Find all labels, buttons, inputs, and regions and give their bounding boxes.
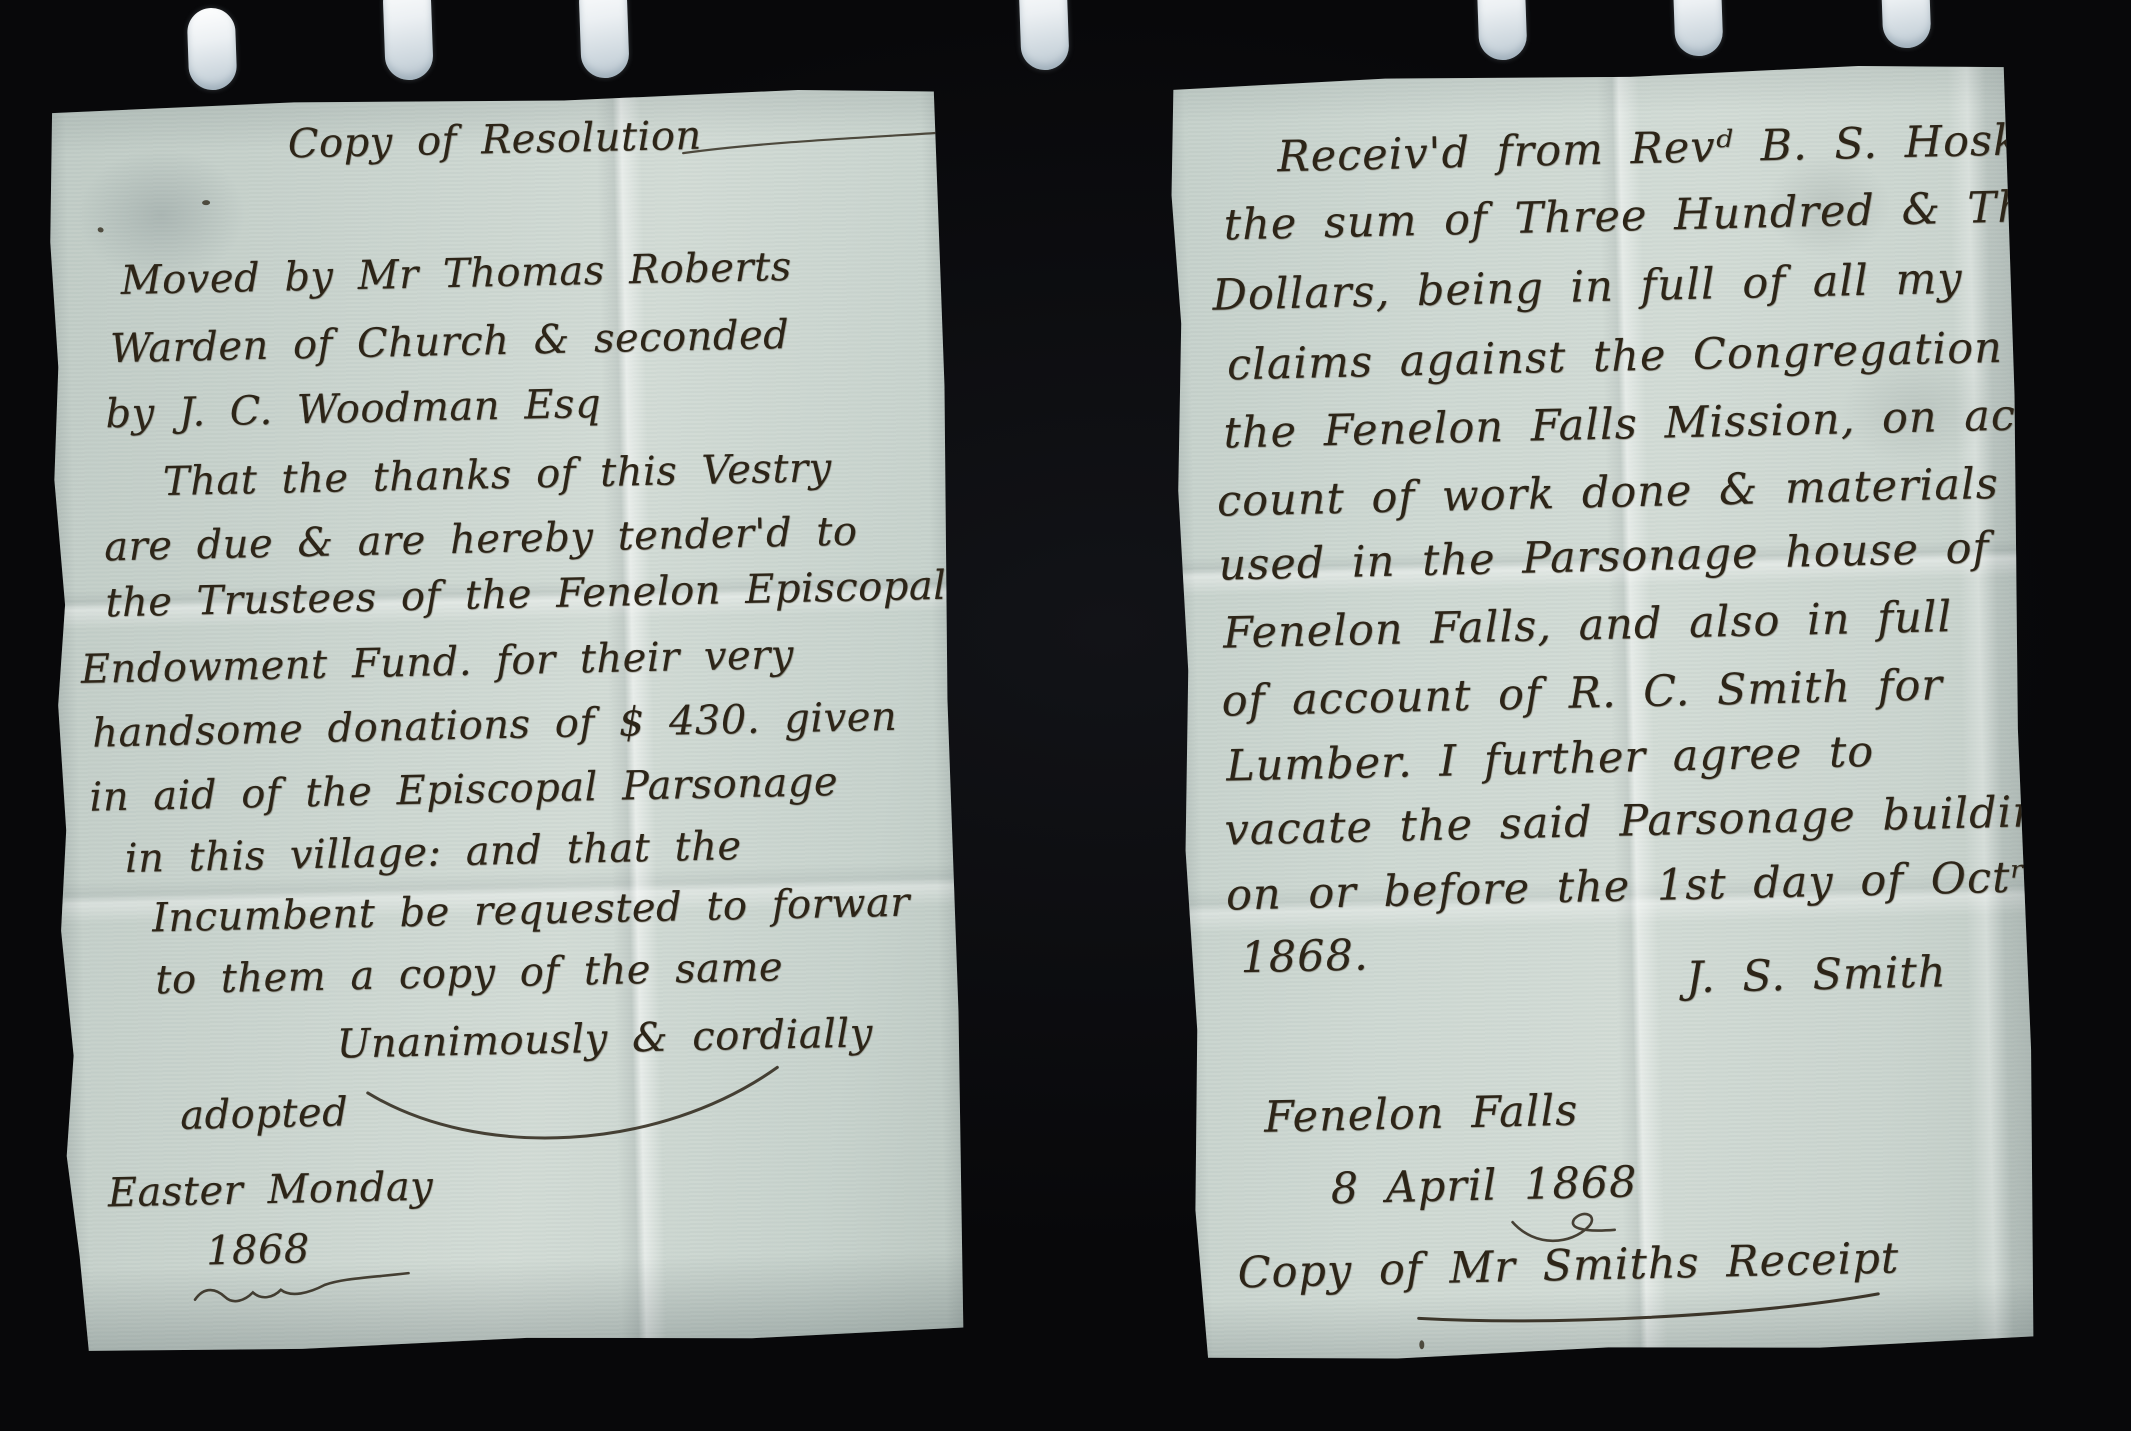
receipt-line: claims against the Congregation of: [1226, 321, 2073, 390]
binder-hole: [382, 0, 434, 81]
squiggle-flourish: [187, 1276, 388, 1314]
receipt-line: the sum of Three Hundred & Thirty: [1223, 180, 2106, 250]
receipt-line: vacate the said Parsonage building: [1224, 786, 2070, 855]
binder-hole: [1881, 0, 1932, 49]
resolution-line: Moved by Mr Thomas Roberts: [120, 244, 792, 304]
resolution-date: Easter Monday: [107, 1164, 433, 1217]
receipt-document: Receiv'd from Revᵈ B. S. Hosken the sum …: [1166, 61, 2040, 1365]
ink-speck: [97, 227, 104, 234]
adoption-line: adopted: [180, 1089, 349, 1139]
receipt-line: Lumber. I further agree to: [1226, 727, 1875, 792]
receipt-line: 1868.: [1240, 930, 1369, 983]
receipt-place: Fenelon Falls: [1264, 1086, 1579, 1143]
receipt-line: used in the Parsonage house of: [1218, 523, 1990, 590]
photo-backdrop: Copy of Resolution Moved by Mr Thomas Ro…: [0, 0, 2131, 1431]
binder-hole: [1018, 0, 1069, 71]
resolution-line: Incumbent be requested to forwar: [152, 880, 911, 942]
receipt-line: on or before the 1st day of Octʳ: [1225, 852, 2026, 920]
binder-hole: [1476, 0, 1527, 61]
underline-flourish: [357, 1049, 789, 1168]
ink-speck: [1419, 1340, 1424, 1349]
resolution-date: 1868: [206, 1226, 311, 1274]
resolution-line: Endowment Fund. for their very: [80, 632, 794, 693]
resolution-line: in aid of the Episcopal Parsonage: [89, 759, 839, 821]
resolution-line: That the thanks of this Vestry: [162, 445, 832, 505]
pen-stroke: [678, 125, 969, 161]
ink-speck: [202, 200, 210, 205]
resolution-title: Copy of Resolution: [287, 113, 702, 168]
resolution-line: Warden of Church & seconded: [110, 312, 790, 372]
resolution-line: by J. C. Woodman Esq: [105, 381, 601, 437]
receipt-line: the Fenelon Falls Mission, on ac-: [1223, 390, 2032, 458]
binder-hole: [578, 0, 629, 79]
binder-hole: [187, 7, 238, 91]
receipt-line: Dollars, being in full of all my: [1212, 254, 1963, 321]
receipt-line: Receiv'd from Revᵈ B. S. Hosken: [1277, 114, 2076, 182]
resolution-line: handsome donations of $ 430. given: [92, 694, 898, 757]
resolution-document: Copy of Resolution Moved by Mr Thomas Ro…: [42, 86, 968, 1357]
resolution-line: the Trustees of the Fenelon Episcopal: [105, 563, 947, 627]
resolution-line: are due & are hereby tender'd to: [104, 509, 858, 571]
resolution-line: in this village: and that the: [124, 823, 742, 882]
resolution-line: to them a copy of the same: [155, 944, 784, 1003]
receipt-line: of account of R. C. Smith for: [1221, 660, 1943, 726]
receipt-line: Fenelon Falls, and also in full: [1223, 592, 1953, 659]
binder-hole: [1672, 0, 1723, 57]
receipt-line: count of work done & materials: [1217, 459, 2000, 527]
signature: J. S. Smith: [1685, 947, 1947, 1003]
